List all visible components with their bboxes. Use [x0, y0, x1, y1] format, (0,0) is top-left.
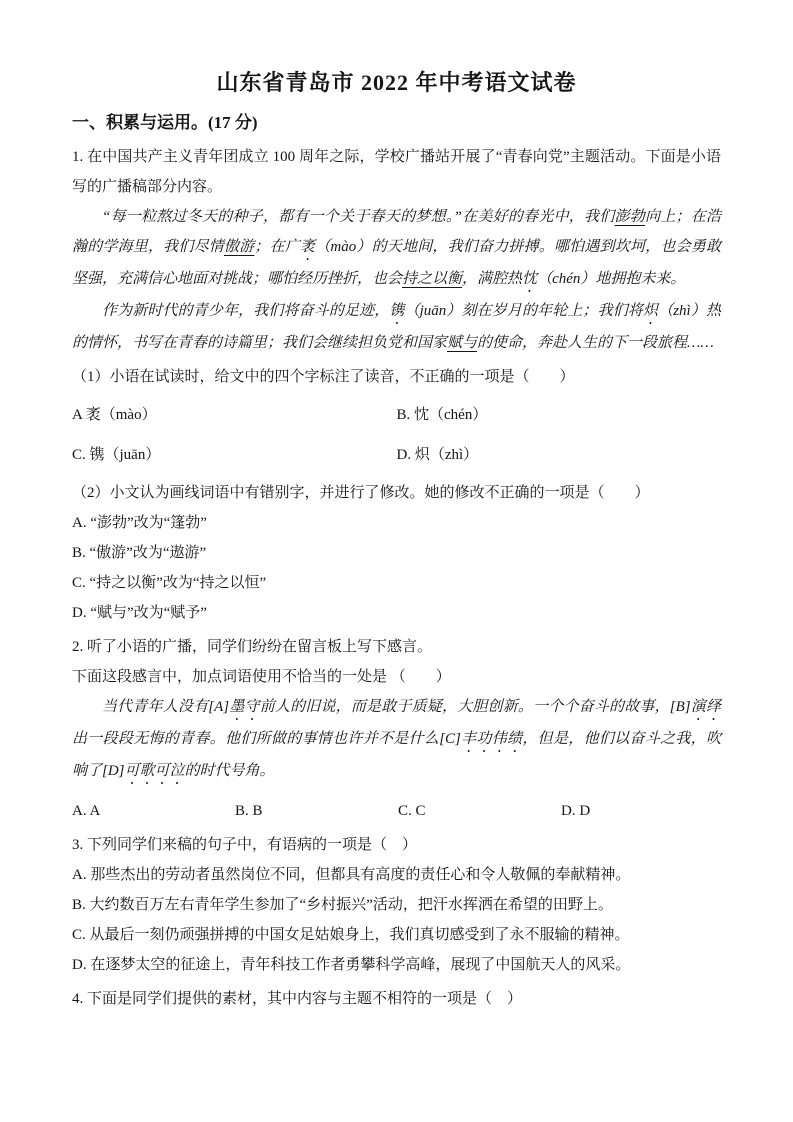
q3-option-b: B. 大约数百万左右青年学生参加了“乡村振兴”活动，把汗水挥洒在希望的田野上。 — [72, 890, 721, 920]
q4-stem: 4. 下面是同学们提供的素材，其中内容与主题不相符的一项是（ ） — [72, 984, 721, 1014]
question-3: 3. 下列同学们来稿的句子中，有语病的一项是（ ） A. 那些杰出的劳动者虽然岗… — [72, 830, 721, 980]
option-d: D. D — [561, 796, 721, 826]
q2-stem: 下面这段感言中，加点词语使用不恰当的一处是 （ ） — [72, 662, 721, 692]
question-2: 2. 听了小语的广播，同学们纷纷在留言板上写下感言。 下面这段感言中，加点词语使… — [72, 632, 721, 826]
q3-stem: 3. 下列同学们来稿的句子中，有语病的一项是（ ） — [72, 830, 721, 860]
question-4: 4. 下面是同学们提供的素材，其中内容与主题不相符的一项是（ ） — [72, 984, 721, 1014]
q3-option-c: C. 从最后一刻仍顽强拼搏的中国女足姑娘身上，我们真切感受到了永不服输的精神。 — [72, 920, 721, 950]
section-heading: 一、积累与运用。(17 分) — [72, 110, 721, 136]
q2-answer-options: A. A B. B C. C D. D — [72, 796, 721, 826]
option-c: C. C — [398, 796, 561, 826]
paper-title: 山东省青岛市 2022 年中考语文试卷 — [72, 68, 721, 98]
broadcast-passage-1: “每一粒熬过冬天的种子，都有一个关于春天的梦想。”在美好的春光中，我们澎勃向上；… — [72, 202, 721, 296]
q1-sub2-stem: （2）小文认为画线词语中有错别字，并进行了修改。她的修改不正确的一项是（ ） — [72, 478, 721, 508]
q3-option-d: D. 在逐梦太空的征途上，青年科技工作者勇攀科学高峰，展现了中国航天人的风采。 — [72, 950, 721, 980]
q1-intro: 1. 在中国共产主义青年团成立 100 周年之际，学校广播站开展了“青春向党”主… — [72, 142, 721, 202]
question-1: 1. 在中国共产主义青年团成立 100 周年之际，学校广播站开展了“青春向党”主… — [72, 142, 721, 628]
q1-sub2-option-d: D. “赋与”改为“赋予” — [72, 598, 721, 628]
option-b: B. B — [235, 796, 398, 826]
exam-page: 山东省青岛市 2022 年中考语文试卷 一、积累与运用。(17 分) 1. 在中… — [0, 0, 793, 1122]
q1-sub2-option-b: B. “傲游”改为“遨游” — [72, 538, 721, 568]
option-d: D. 炽（zhì） — [397, 440, 722, 470]
q1-sub1-stem: （1）小语在试读时，给文中的四个字标注了读音，不正确的一项是（ ） — [72, 362, 721, 392]
option-b: B. 忱（chén） — [397, 400, 722, 430]
option-c: C. 镌（juān） — [72, 440, 397, 470]
option-a: A. A — [72, 796, 235, 826]
q3-option-a: A. 那些杰出的劳动者虽然岗位不同，但都具有高度的责任心和令人敬佩的奉献精神。 — [72, 860, 721, 890]
q1-sub2-option-c: C. “持之以衡”改为“持之以恒” — [72, 568, 721, 598]
broadcast-passage-2: 作为新时代的青少年，我们将奋斗的足迹，镌（juān）刻在岁月的年轮上；我们将炽（… — [72, 296, 721, 358]
q1-sub1-options: A 袤（mào） B. 忱（chén） C. 镌（juān） D. 炽（zhì） — [72, 400, 721, 470]
q1-sub2-option-a: A. “澎勃”改为“篷勃” — [72, 508, 721, 538]
option-a: A 袤（mào） — [72, 400, 397, 430]
q2-intro: 2. 听了小语的广播，同学们纷纷在留言板上写下感言。 — [72, 632, 721, 662]
comment-passage: 当代青年人没有[A]墨守前人的旧说，而是敢于质疑，大胆创新。一个个奋斗的故事，[… — [72, 692, 721, 788]
